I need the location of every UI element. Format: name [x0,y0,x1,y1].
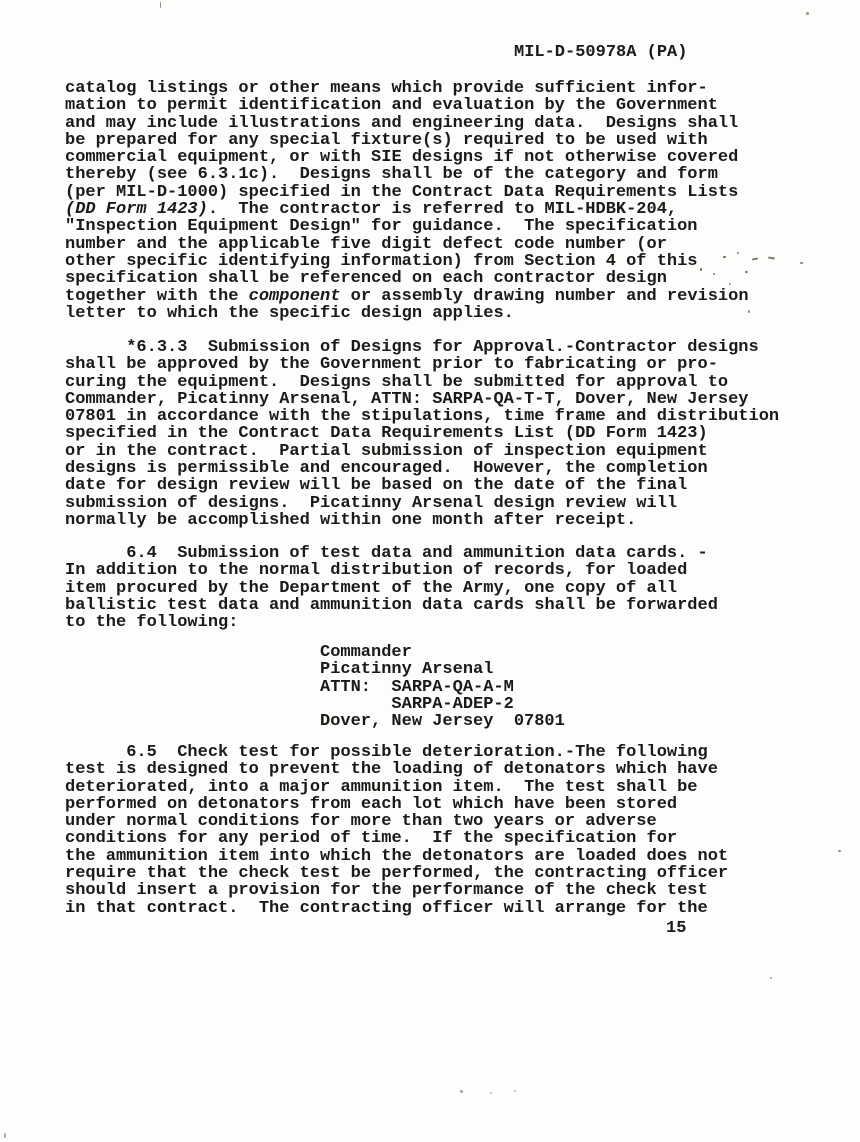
paragraph-line-component: together with the component or assembly … [65,288,749,305]
document-id-header: MIL-D-50978A (PA) [514,44,687,61]
paragraph-6-4-submission-of-test-data: 6.4 Submission of test data and ammuniti… [65,545,718,631]
scan-speck [745,271,748,273]
scan-speck [713,273,715,275]
scan-speck [752,257,758,260]
scan-speck [806,12,809,15]
component-post: or assembly drawing number and revision [340,287,748,306]
scan-speck [748,310,750,313]
paragraph-design-requirements: catalog listings or other means which pr… [65,80,749,322]
scan-speck [770,977,772,979]
scan-speck [723,256,726,258]
commander-address-block: Commander Picatinny Arsenal ATTN: SARPA-… [320,644,565,730]
component-pre: together with the [65,287,249,306]
scan-speck [460,1090,463,1093]
paragraph-text: "Inspection Equipment Design" for guidan… [65,218,749,287]
dd-form-italic: (DD Form 1423) [65,200,208,219]
paragraph-6-5-check-test: 6.5 Check test for possible deterioratio… [65,744,728,917]
scanned-document-page: MIL-D-50978A (PA) catalog listings or ot… [0,0,860,1142]
scan-speck [729,283,731,285]
paragraph-text: letter to which the specific design appl… [65,305,749,322]
paragraph-line-dd-form: (DD Form 1423). The contractor is referr… [65,201,749,218]
scan-speck [700,268,702,271]
paragraph-text: catalog listings or other means which pr… [65,80,749,201]
scan-speck [4,1133,6,1138]
dd-form-rest: . The contractor is referred to MIL-HDBK… [208,200,677,219]
scan-speck [737,252,739,254]
page-number: 15 [666,920,686,937]
paragraph-6-3-3-submission-of-designs: *6.3.3 Submission of Designs for Approva… [65,339,779,529]
scan-speck [490,1092,492,1094]
scan-speck [800,262,803,264]
component-italic: component [249,287,341,306]
scan-speck [768,257,775,260]
scan-speck [514,1090,516,1092]
scan-speck [838,850,841,852]
scan-speck [160,2,161,8]
